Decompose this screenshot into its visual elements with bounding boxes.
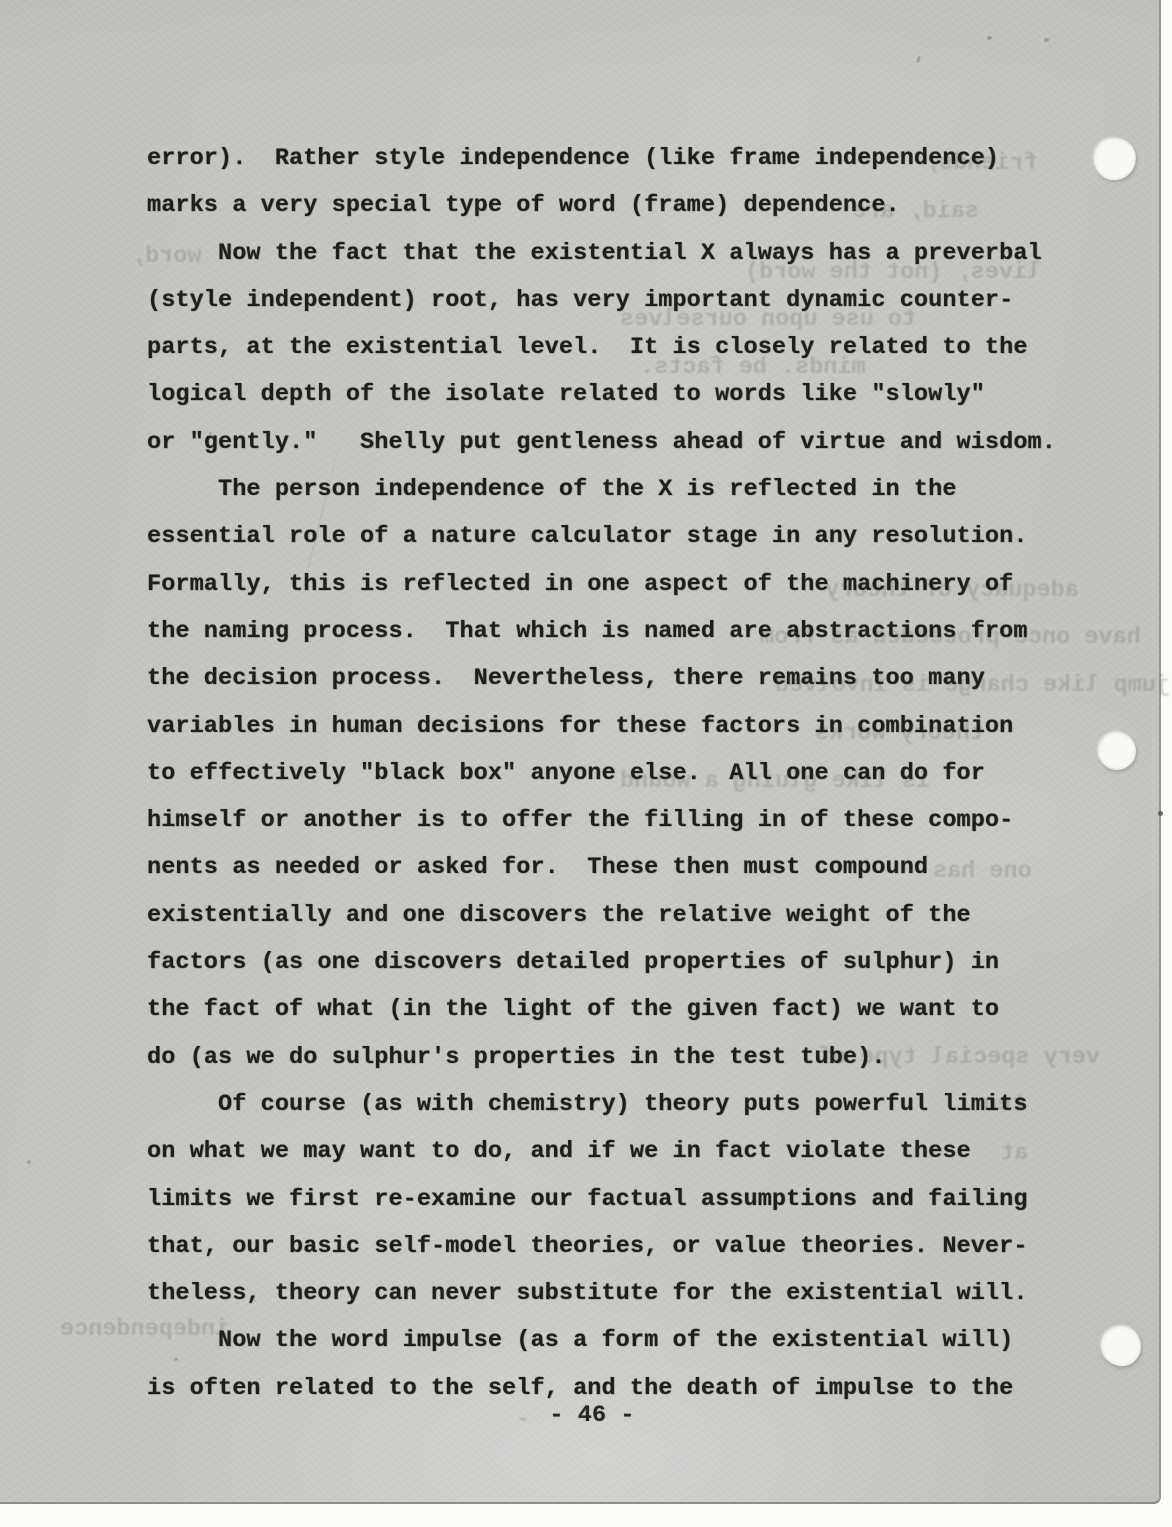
hole-punches [0,0,1159,1502]
scanned-document: friends,said, areword,lives, (not the wo… [0,0,1172,1527]
paper-sheet: friends,said, areword,lives, (not the wo… [0,0,1161,1504]
hole-punch [1099,1324,1143,1368]
hole-punch [1098,732,1136,770]
hole-punch [1091,135,1138,182]
